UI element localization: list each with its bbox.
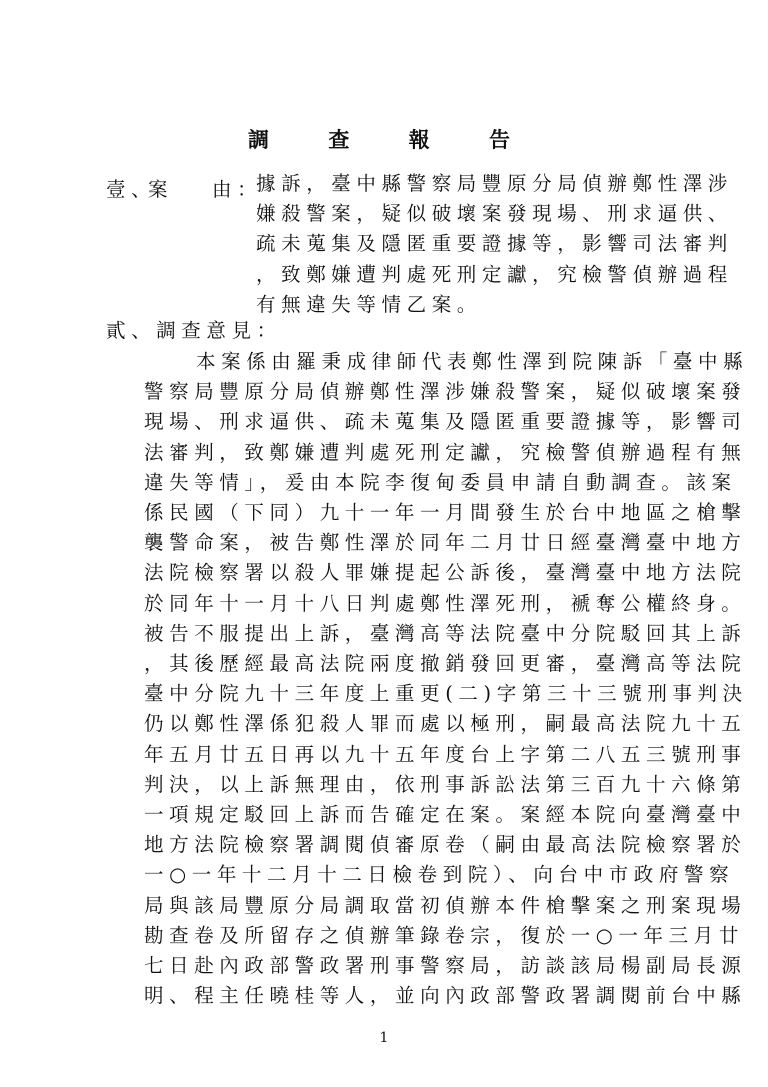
section1-line: 疏未蒐集及隱匿重要證據等，影響司法審判 (256, 234, 733, 254)
section1-line: 據訴，臺中縣警察局豐原分局偵辦鄭性澤涉 (256, 174, 733, 194)
section1-line: ，致鄭嫌遭判處死刑定讞，究檢警偵辦過程 (256, 265, 733, 285)
paragraph-line: ，其後歷經最高法院兩度撤銷發回更審，臺灣高等法院 (144, 654, 746, 674)
section1-line: 嫌殺警案，疑似破壞案發現場、刑求逼供、 (256, 204, 733, 224)
paragraph-line: 於同年十一月十八日判處鄭性澤死刑，褫奪公權終身。 (144, 594, 746, 614)
paragraph-line: 法審判，致鄭嫌遭判處死刑定讞，究檢警偵辦過程有無 (144, 443, 746, 463)
section1-label-b: 由： (212, 174, 262, 202)
paragraph-line: 現場、刑求逼供、疏未蒐集及隱匿重要證據等，影響司 (144, 412, 746, 432)
paragraph-line: 七日赴內政部警政署刑事警察局，訪談該局楊副局長源 (144, 956, 746, 976)
paragraph-line: 法院檢察署以殺人罪嫌提起公訴後，臺灣臺中地方法院 (144, 563, 746, 583)
paragraph-line: 臺中分院九十三年度上重更(二)字第三十三號刑事判決 (144, 684, 748, 704)
paragraph-line: 違失等情」，爰由本院李復甸委員申請自動調查。該案 (144, 473, 737, 493)
paragraph-line: 一○一年十二月十二日檢卷到院）、向台中市政府警察 (144, 865, 734, 885)
paragraph-line: 被告不服提出上訴，臺灣高等法院臺中分院駁回其上訴 (144, 624, 746, 644)
paragraph-line: 年五月廿五日再以九十五年度台上字第二八五三號刑事 (144, 745, 746, 765)
document-page: 調 查 報 告 壹、 案 由： 據訴，臺中縣警察局豐原分局偵辦鄭性澤涉 嫌殺警案… (0, 0, 768, 1087)
paragraph-line: 一項規定駁回上訴而告確定在案。案經本院向臺灣臺中 (144, 805, 746, 825)
document-title: 調 查 報 告 (0, 124, 768, 154)
paragraph-line: 本案係由羅秉成律師代表鄭性澤到院陳訴「臺中縣 (196, 352, 748, 372)
section2-heading: 貳、調查意見： (106, 321, 282, 341)
page-number: 1 (0, 1030, 768, 1046)
paragraph-line: 仍以鄭性澤係犯殺人罪而處以極刑，嗣最高法院九十五 (144, 714, 746, 734)
paragraph-line: 判決，以上訴無理由，依刑事訴訟法第三百九十六條第 (144, 775, 746, 795)
paragraph-line: 明、程主任曉桂等人，並向內政部警政署調閱前台中縣 (144, 986, 746, 1006)
paragraph-line: 地方法院檢察署調閱偵審原卷（嗣由最高法院檢察署於 (144, 835, 746, 855)
paragraph-line: 係民國（下同）九十一年一月間發生於台中地區之槍擊 (144, 503, 746, 523)
section1-label-a: 案 (148, 174, 173, 202)
paragraph-line: 局與該局豐原分局調取當初偵辦本件槍擊案之刑案現場 (144, 896, 746, 916)
paragraph-line: 襲警命案，被告鄭性澤於同年二月廿日經臺灣臺中地方 (144, 533, 746, 553)
paragraph-line: 勘查卷及所留存之偵辦筆錄卷宗，復於一○一年三月廿 (144, 926, 744, 946)
paragraph-line: 警察局豐原分局偵辦鄭性澤涉嫌殺警案，疑似破壞案發 (144, 382, 746, 402)
section1-line: 有無違失等情乙案。 (256, 295, 482, 315)
